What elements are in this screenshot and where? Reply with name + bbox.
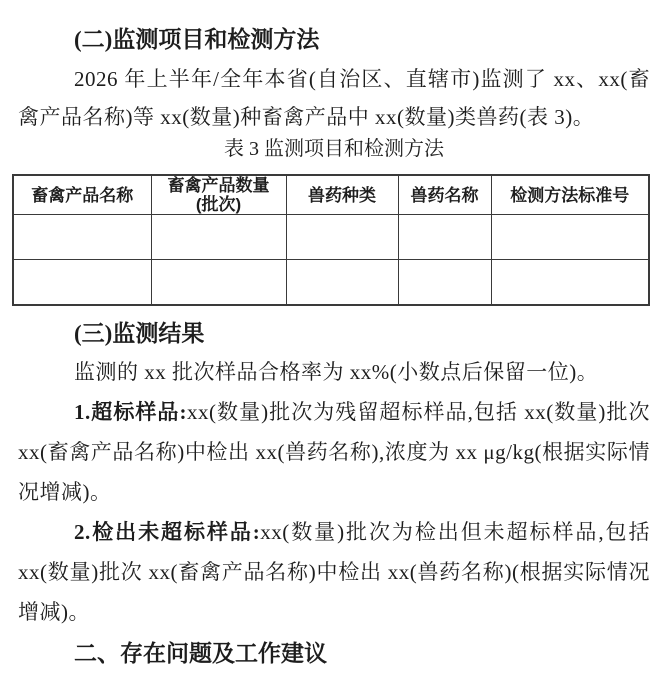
table-cell [286, 260, 398, 306]
table-header-product-name: 畜禽产品名称 [13, 175, 151, 215]
table-caption: 表 3 监测项目和检测方法 [18, 136, 650, 162]
table-cell [13, 215, 151, 260]
table-header-method-standard: 检测方法标准号 [491, 175, 649, 215]
monitoring-methods-table: 畜禽产品名称 畜禽产品数量 (批次) 兽药种类 兽药名称 检测方法标准号 [12, 174, 650, 306]
section-heading-monitoring-results: (三)监测结果 [74, 320, 650, 348]
paragraph-monitoring-overview: 2026 年上半年/全年本省(自治区、直辖市)监测了 xx、xx(畜禽产品名称)… [18, 60, 650, 136]
document-page: (二)监测项目和检测方法 2026 年上半年/全年本省(自治区、直辖市)监测了 … [0, 0, 660, 676]
paragraph-exceed-samples: 1.超标样品:xx(数量)批次为残留超标样品,包括 xx(数量)批次 xx(畜禽… [18, 392, 650, 512]
paragraph-pass-rate: 监测的 xx 批次样品合格率为 xx%(小数点后保留一位)。 [18, 352, 650, 392]
table-cell [286, 215, 398, 260]
section-heading-problems-suggestions: 二、存在问题及工作建议 [74, 638, 650, 668]
table-row [13, 260, 649, 306]
table-cell [491, 215, 649, 260]
table-cell [398, 260, 491, 306]
exceed-samples-label: 1.超标样品: [74, 400, 187, 424]
table-header-product-batches: 畜禽产品数量 (批次) [151, 175, 286, 215]
section-heading-monitoring-methods: (二)监测项目和检测方法 [74, 26, 650, 54]
table-cell [13, 260, 151, 306]
table-cell [491, 260, 649, 306]
paragraph-detected-samples: 2.检出未超标样品:xx(数量)批次为检出但未超标样品,包括 xx(数量)批次 … [18, 512, 650, 632]
table-cell [151, 215, 286, 260]
detected-samples-label: 2.检出未超标样品: [74, 520, 260, 544]
table-header-row: 畜禽产品名称 畜禽产品数量 (批次) 兽药种类 兽药名称 检测方法标准号 [13, 175, 649, 215]
table-header-drug-name: 兽药名称 [398, 175, 491, 215]
table-cell [398, 215, 491, 260]
table-cell [151, 260, 286, 306]
table-row [13, 215, 649, 260]
table-header-drug-category: 兽药种类 [286, 175, 398, 215]
